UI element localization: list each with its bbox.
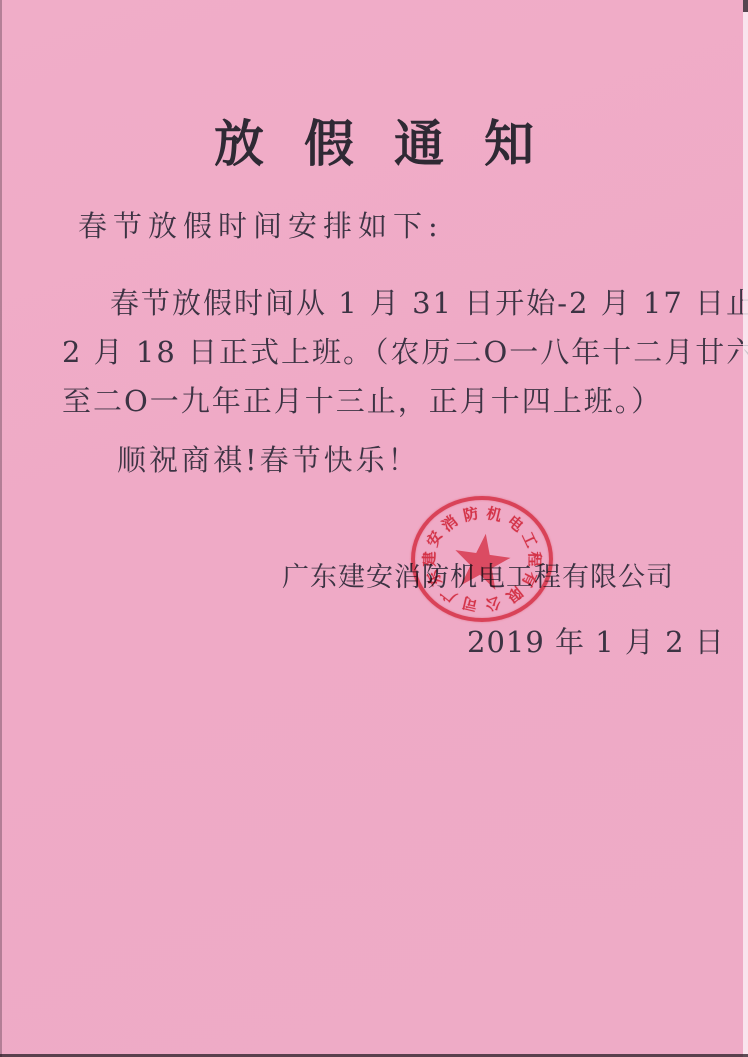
wishes-line: 顺祝商祺!春节快乐！ bbox=[117, 438, 420, 479]
scanned-holiday-notice: { "notice": { "title": "放假通知", "intro": … bbox=[0, 0, 748, 1057]
company-seal: 广东建安消防机电工程有限公司 bbox=[411, 496, 553, 622]
scan-corner-mark bbox=[743, 0, 748, 12]
seal-char: 建 bbox=[422, 551, 437, 566]
intro-line: 春节放假时间安排如下: bbox=[78, 204, 444, 245]
seal-char: 公 bbox=[484, 594, 502, 612]
body-paragraph: 春节放假时间从 1 月 31 日开始-2 月 17 日止。 2 月 18 日正式… bbox=[62, 279, 748, 426]
notice-title: 放假通知 bbox=[0, 104, 748, 176]
seal-char: 程 bbox=[526, 552, 541, 567]
scan-edge-right bbox=[743, 0, 748, 1057]
seal-char: 防 bbox=[462, 506, 480, 524]
body-line-1: 春节放假时间从 1 月 31 日开始-2 月 17 日止。 bbox=[62, 279, 748, 328]
scan-edge-left bbox=[0, 0, 2, 1057]
body-line-2: 2 月 18 日正式上班。（农历二O一八年十二月廿六 bbox=[62, 328, 748, 377]
seal-star-icon bbox=[449, 528, 515, 594]
notice-date: 2019 年 1 月 2 日 bbox=[467, 620, 725, 661]
notice-paper: 放假通知 春节放假时间安排如下: 春节放假时间从 1 月 31 日开始-2 月 … bbox=[0, 0, 748, 1057]
body-line-3: 至二O一九年正月十三止，正月十四上班。） bbox=[62, 377, 748, 426]
